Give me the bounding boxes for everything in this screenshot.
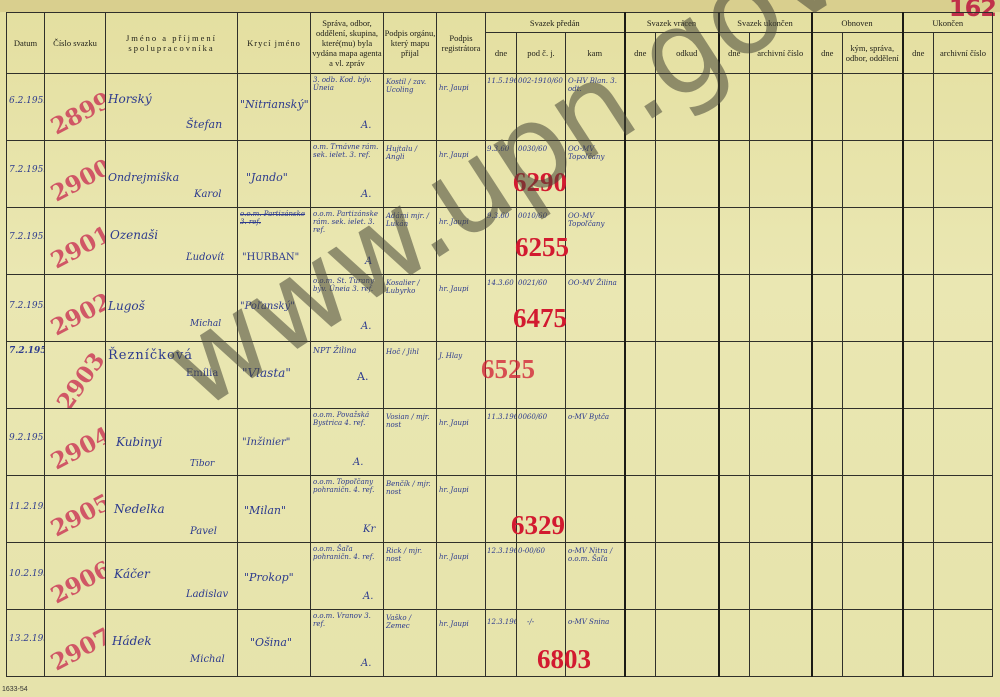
header-kryci-jmeno: Krycí jméno — [238, 13, 311, 74]
department-mark: A. — [353, 457, 363, 468]
receiver-signature: Hoč / Jihl — [386, 348, 426, 356]
row-date: 7.2.1959 — [9, 346, 45, 356]
registrar-signature: hr. Jaupi — [439, 151, 483, 159]
page-top-edge — [0, 0, 1000, 12]
surname: Horský — [108, 92, 152, 106]
volume-number: 2906 — [46, 556, 105, 610]
first-name: Emília — [186, 368, 218, 379]
receiver-signature: Adámi mjr. / Lukán — [386, 212, 436, 228]
cover-name: "Ošina" — [250, 636, 292, 649]
surname: Řezníčková — [108, 348, 193, 363]
first-name: Karol — [194, 189, 221, 200]
cover-name: "Vlasta" — [242, 366, 291, 380]
header-predan-kam: kam — [566, 33, 625, 74]
red-registry-number: 6475 — [513, 303, 567, 334]
first-name: Pavel — [190, 526, 217, 537]
cover-name: "Poľanský" — [240, 301, 295, 312]
handed-date: 11.5.1960 — [487, 77, 517, 85]
table-row: 13.2.1959 2907 HádekMichal "Ošina" o.o.m… — [7, 610, 993, 677]
red-registry-number: 6255 — [515, 232, 569, 263]
table-row: 9.2.1959 2904 KubinyiTibor "Inžinier" o.… — [7, 409, 993, 476]
handed-to: o-MV Snina — [568, 618, 609, 626]
volume-number: 2902 — [46, 288, 105, 342]
surname: Ozenaši — [110, 228, 158, 242]
header-obnoven-dne: dne — [812, 33, 843, 74]
volume-number: 2907 — [46, 623, 105, 677]
handed-ref: -/- — [527, 618, 534, 626]
department: o.o.m. Šaľa pohraničn. 4. ref. — [313, 545, 383, 561]
row-date: 10.2.1959 — [9, 569, 45, 579]
registrar-signature: hr. Jaupi — [439, 620, 483, 628]
department: NPT Žilina — [313, 346, 356, 355]
header-vracen-dne: dne — [625, 33, 656, 74]
header-svazek-ukoncen: Svazek ukončen — [719, 13, 812, 33]
red-registry-number: 6290 — [513, 167, 567, 198]
department: o.o.m. St. Turany býv. Úneia 3. ref. — [313, 277, 383, 293]
header-ukoncen: Ukončen — [903, 13, 993, 33]
first-name: Michal — [190, 319, 221, 329]
header-ukoncen2-archivni-cislo: archivní číslo — [934, 33, 993, 74]
red-registry-number: 6329 — [511, 510, 565, 541]
handed-ref: 0010/60 — [518, 212, 547, 220]
cover-name: "Inžinier" — [242, 437, 290, 448]
header-obnoven-kym: kým, správa, odbor, oddělení — [843, 33, 903, 74]
register-page: 162 Datum Číslo svazku Jméno a příjmení … — [0, 0, 1000, 697]
department-mark: A. — [361, 321, 371, 332]
volume-number: 2900 — [46, 154, 105, 208]
cover-name: "Nitrianský" — [240, 98, 309, 111]
header-podpis-registratora: Podpis registrátora — [437, 13, 486, 74]
cover-name: "Milan" — [244, 504, 286, 517]
handed-ref: 0-00/60 — [518, 547, 545, 555]
volume-number: 2904 — [46, 422, 105, 476]
handed-to: O-HV Blan. 3. odt. — [568, 77, 623, 93]
row-date: 11.2.1959 — [9, 502, 45, 512]
department-mark: A. — [357, 370, 368, 383]
header-svazek-predan: Svazek předán — [486, 13, 625, 33]
row-date: 7.2.1959 — [9, 301, 45, 311]
handed-ref: 002-1910/60 — [518, 77, 563, 85]
header-podpis-organu: Podpis orgánu, který mapu přijal — [384, 13, 437, 74]
registrar-signature: J. Hlay — [439, 352, 462, 360]
volume-number: 2905 — [46, 489, 105, 543]
header-jmeno: Jméno a příjmení spolupracovníka — [106, 13, 238, 74]
header-predan-dne: dne — [486, 33, 517, 74]
header-vracen-odkud: odkud — [656, 33, 719, 74]
handed-date: 11.3.1960 — [487, 413, 517, 421]
first-name: Štefan — [186, 118, 222, 131]
handed-to: OO-MV Topoľčany — [568, 145, 623, 161]
department: o.m. Trnávne rám. sek. ielet. 3. ref. — [313, 143, 383, 159]
header-obnoven: Obnoven — [812, 13, 903, 33]
handed-ref: 0021/60 — [518, 279, 547, 287]
receiver-signature: Benčík / mjr. nost — [386, 480, 436, 496]
table-row: 7.2.1959 2900 OndrejmiškaKarol "Jando" o… — [7, 141, 993, 208]
header-ukoncen-archivni-cislo: archivní číslo — [750, 33, 812, 74]
receiver-signature: Vaško / Zemec — [386, 614, 436, 630]
handed-to: o-MV Bytča — [568, 413, 609, 421]
department-mark: A. — [361, 120, 371, 131]
department: o.o.m. Topoľčany pohraničn. 4. ref. — [313, 478, 383, 494]
volume-number: 2901 — [46, 221, 105, 275]
handed-to: OO-MV Žilina — [568, 279, 623, 287]
volume-number: 2899 — [46, 87, 105, 141]
first-name: Ľudovít — [186, 252, 224, 263]
surname: Hádek — [112, 634, 152, 648]
registrar-signature: hr. Jaupi — [439, 419, 483, 427]
table-row: 11.2.1959 2905 NedelkaPavel "Milan" o.o.… — [7, 476, 993, 543]
department-mark: A. — [361, 658, 371, 669]
department-mark: Kr — [363, 524, 375, 535]
first-name: Ladislav — [186, 589, 228, 600]
department: o.o.m. Partizánske rám. sek. ielet. 3. r… — [313, 210, 383, 234]
first-name: Michal — [190, 654, 225, 665]
department: o.o.m. Považská Bystrica 4. ref. — [313, 411, 383, 427]
handed-date: 12.3.1960 — [487, 618, 517, 626]
receiver-signature: Kosalier / Lubyrko — [386, 279, 436, 295]
receiver-signature: Vosian / mjr. nost — [386, 413, 436, 429]
surname: Nedelka — [114, 502, 165, 516]
cover-name: "Jando" — [246, 171, 288, 184]
handed-ref: 0030/60 — [518, 145, 547, 153]
header-svazek-vracen: Svazek vrácen — [625, 13, 719, 33]
table-row: 7.2.1959 2902 LugošMichal "Poľanský" o.o… — [7, 275, 993, 342]
department-mark: A. — [363, 591, 373, 602]
cover-name: "HURBAN" — [242, 252, 299, 263]
row-date: 7.2.1959 — [9, 165, 45, 175]
receiver-signature: Rick / mjr. nost — [386, 547, 436, 563]
table-row: 7.2.1959 2903 ŘezníčkováEmília "Vlasta" … — [7, 342, 993, 409]
handed-date: 14.3.60 — [487, 279, 514, 287]
handed-date: 12.3.1960 — [487, 547, 517, 555]
row-date: 9.2.1959 — [9, 433, 45, 443]
registrar-signature: hr. Jaupi — [439, 553, 483, 561]
surname: Káčer — [114, 567, 150, 581]
registrar-signature: hr. Jaupi — [439, 84, 483, 92]
header-predan-cj: pod č. j. — [517, 33, 566, 74]
header-datum: Datum — [7, 13, 45, 74]
department-mark: A — [365, 256, 372, 267]
registrar-signature: hr. Jaupi — [439, 218, 483, 226]
surname: Ondrejmiška — [108, 171, 179, 184]
first-name: Tibor — [190, 459, 214, 469]
table-row: 6.2.1959 2899 HorskýŠtefan "Nitrianský" … — [7, 74, 993, 141]
handed-ref: 0060/60 — [518, 413, 547, 421]
volume-number: 2903 — [52, 348, 106, 409]
cover-name-note: o.o.m. Partizánske 3. ref. — [240, 210, 310, 226]
registrar-signature: hr. Jaupi — [439, 285, 483, 293]
row-date: 13.2.1959 — [9, 634, 45, 644]
header-ukoncen-dne: dne — [719, 33, 750, 74]
department: 3. odb. Kod. býv. Úneia — [313, 76, 383, 92]
handed-to: o-MV Nitra / o.o.m. Šaľa — [568, 547, 623, 563]
surname: Lugoš — [108, 299, 145, 313]
header-ukoncen2-dne: dne — [903, 33, 934, 74]
row-date: 7.2.1959 — [9, 232, 45, 242]
register-table: Datum Číslo svazku Jméno a příjmení spol… — [6, 12, 993, 677]
handed-to: OO-MV Topoľčany — [568, 212, 623, 228]
receiver-signature: Hujtalu / Angli — [386, 145, 436, 161]
handed-date: 9.3.60 — [487, 145, 509, 153]
receiver-signature: Kostil / zav. Ucoling — [386, 78, 436, 94]
form-code: 1633-54 — [2, 686, 28, 693]
surname: Kubinyi — [116, 435, 162, 449]
department-mark: A. — [361, 189, 371, 200]
table-row: 10.2.1959 2906 KáčerLadislav "Prokop" o.… — [7, 543, 993, 610]
table-row: 7.2.1959 2901 OzenašiĽudovít o.o.m. Part… — [7, 208, 993, 275]
handed-date: 9.3.60 — [487, 212, 509, 220]
cover-name: "Prokop" — [244, 571, 294, 584]
header-sprava: Správa, odbor, oddělení, skupina, které(… — [311, 13, 384, 74]
header-cislo-svazku: Číslo svazku — [45, 13, 106, 74]
department: o.o.m. Vranov 3. ref. — [313, 612, 383, 628]
row-date: 6.2.1959 — [9, 96, 45, 106]
registrar-signature: hr. Jaupi — [439, 486, 483, 494]
